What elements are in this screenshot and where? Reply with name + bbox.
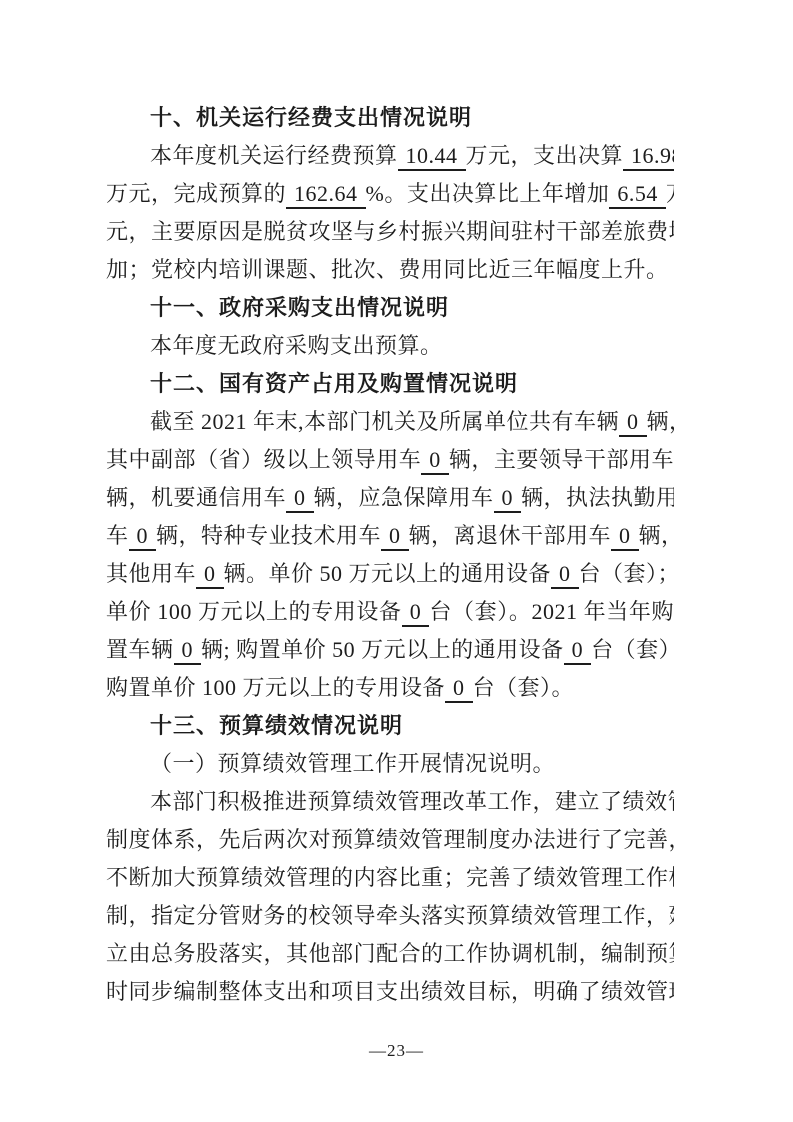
text-segment: 其中副部（省）级以上领导用车 <box>106 447 421 472</box>
text-segment: 截至 2021 年末,本部门机关及所属单位共有车辆 <box>150 409 619 434</box>
paragraph-line: 单价 100 万元以上的专用设备 0 台（套）。2021 年当年购 <box>106 593 674 631</box>
underlined-value: 6.54 <box>609 181 666 209</box>
text-segment: 制度体系，先后两次对预算绩效管理制度办法进行了完善， <box>106 827 674 852</box>
paragraph-line: 本部门积极推进预算绩效管理改革工作，建立了绩效管 <box>106 783 674 821</box>
underlined-value: 0 <box>286 485 314 513</box>
underlined-value: 16.98 <box>623 143 674 171</box>
text-segment: 购置单价 100 万元以上的专用设备 <box>106 675 445 700</box>
paragraph-line: 本年度机关运行经费预算 10.44 万元，支出决算 16.98 <box>106 137 674 175</box>
underlined-value: 0 <box>551 561 579 589</box>
underlined-value: 0 <box>196 561 224 589</box>
text-segment: 本部门积极推进预算绩效管理改革工作，建立了绩效管 <box>150 789 674 814</box>
text-segment: 辆，执法执勤用 <box>521 485 674 510</box>
document-page: 十、机关运行经费支出情况说明 本年度机关运行经费预算 10.44 万元，支出决算… <box>0 0 793 1122</box>
paragraph-line: 立由总务股落实，其他部门配合的工作协调机制，编制预算 <box>106 935 674 973</box>
paragraph-line: 其中副部（省）级以上领导用车 0 辆，主要领导干部用车 <box>106 441 674 479</box>
underlined-value: 0 <box>494 485 522 513</box>
underlined-value: 0 <box>619 409 647 437</box>
text-segment: 台（套）; <box>591 637 674 662</box>
text-segment: 辆。单价 50 万元以上的通用设备 <box>224 561 552 586</box>
paragraph-line: 制，指定分管财务的校领导牵头落实预算绩效管理工作，建 <box>106 897 674 935</box>
heading-section-eleven: 十一、政府采购支出情况说明 <box>106 289 674 327</box>
paragraph-line: 加；党校内培训课题、批次、费用同比近三年幅度上升。 <box>106 251 674 289</box>
text-segment: 元，主要原因是脱贫攻坚与乡村振兴期间驻村干部差旅费增 <box>106 219 674 244</box>
underlined-value: 0 <box>421 447 449 475</box>
text-segment: 辆，应急保障用车 <box>314 485 494 510</box>
text-segment: %。支出决算比上年增加 <box>366 181 610 206</box>
text-segment: 十、机关运行经费支出情况说明 <box>150 105 472 130</box>
heading-section-thirteen: 十三、预算绩效情况说明 <box>106 707 674 745</box>
underlined-value: 0 <box>129 523 157 551</box>
underlined-value: 0 <box>564 637 592 665</box>
text-segment: 车 <box>106 523 129 548</box>
paragraph-line: 元，主要原因是脱贫攻坚与乡村振兴期间驻村干部差旅费增 <box>106 213 674 251</box>
text-segment: 辆，主要领导干部用车 <box>449 447 674 472</box>
underlined-value: 0 <box>381 523 409 551</box>
underlined-value: 0 <box>174 637 202 665</box>
text-segment: 十一、政府采购支出情况说明 <box>150 295 449 320</box>
heading-section-ten: 十、机关运行经费支出情况说明 <box>106 99 674 137</box>
text-segment: 万元，支出决算 <box>466 143 624 168</box>
text-segment: 十二、国有资产占用及购置情况说明 <box>150 371 518 396</box>
paragraph-line: 制度体系，先后两次对预算绩效管理制度办法进行了完善， <box>106 821 674 859</box>
paragraph-line: 本年度无政府采购支出预算。 <box>106 327 674 365</box>
text-segment: 时同步编制整体支出和项目支出绩效目标，明确了绩效管理 <box>106 979 674 1004</box>
text-segment: 十三、预算绩效情况说明 <box>150 713 403 738</box>
text-segment: 辆， <box>647 409 674 434</box>
text-segment: 辆，特种专业技术用车 <box>156 523 381 548</box>
text-segment: 单价 100 万元以上的专用设备 <box>106 599 402 624</box>
text-segment: 台（套）； <box>579 561 674 586</box>
underlined-value: 0 <box>445 675 473 703</box>
paragraph-line: 辆，机要通信用车 0 辆，应急保障用车 0 辆，执法执勤用 <box>106 479 674 517</box>
paragraph-line: 车 0 辆，特种专业技术用车 0 辆，离退休干部用车 0 辆， <box>106 517 674 555</box>
text-segment: 辆，离退休干部用车 <box>409 523 612 548</box>
text-segment: 辆， <box>639 523 674 548</box>
text-segment: 台（套）。2021 年当年购 <box>429 599 674 624</box>
underlined-value: 0 <box>402 599 430 627</box>
text-segment: 本年度无政府采购支出预算。 <box>150 333 443 358</box>
text-segment: 其他用车 <box>106 561 196 586</box>
text-segment: 置车辆 <box>106 637 174 662</box>
text-segment: 台（套）。 <box>473 675 575 700</box>
text-segment: 不断加大预算绩效管理的内容比重；完善了绩效管理工作机 <box>106 865 674 890</box>
text-segment: 本年度机关运行经费预算 <box>150 143 398 168</box>
paragraph-line: 购置单价 100 万元以上的专用设备 0 台（套）。 <box>106 669 674 707</box>
underlined-value: 10.44 <box>398 143 466 171</box>
underlined-value: 0 <box>611 523 639 551</box>
text-segment: 辆，机要通信用车 <box>106 485 286 510</box>
paragraph-line: 时同步编制整体支出和项目支出绩效目标，明确了绩效管理 <box>106 973 674 1011</box>
text-segment: （一）预算绩效管理工作开展情况说明。 <box>150 751 555 776</box>
heading-section-twelve: 十二、国有资产占用及购置情况说明 <box>106 365 674 403</box>
page-number: —23— <box>0 1040 793 1062</box>
text-segment: 万 <box>666 181 674 206</box>
text-segment: 立由总务股落实，其他部门配合的工作协调机制，编制预算 <box>106 941 674 966</box>
paragraph-line: 万元，完成预算的 162.64 %。支出决算比上年增加 6.54 万 <box>106 175 674 213</box>
paragraph-line: 截至 2021 年末,本部门机关及所属单位共有车辆 0 辆， <box>106 403 674 441</box>
paragraph-line: 置车辆 0 辆; 购置单价 50 万元以上的通用设备 0 台（套）; <box>106 631 674 669</box>
text-segment: 制，指定分管财务的校领导牵头落实预算绩效管理工作，建 <box>106 903 674 928</box>
document-body: 十、机关运行经费支出情况说明 本年度机关运行经费预算 10.44 万元，支出决算… <box>106 99 674 1011</box>
text-segment: 辆; 购置单价 50 万元以上的通用设备 <box>201 637 564 662</box>
text-segment: 万元，完成预算的 <box>106 181 286 206</box>
paragraph-line: 不断加大预算绩效管理的内容比重；完善了绩效管理工作机 <box>106 859 674 897</box>
underlined-value: 162.64 <box>286 181 366 209</box>
paragraph-line: （一）预算绩效管理工作开展情况说明。 <box>106 745 674 783</box>
text-segment: 加；党校内培训课题、批次、费用同比近三年幅度上升。 <box>106 257 669 282</box>
paragraph-line: 其他用车 0 辆。单价 50 万元以上的通用设备 0 台（套）； <box>106 555 674 593</box>
